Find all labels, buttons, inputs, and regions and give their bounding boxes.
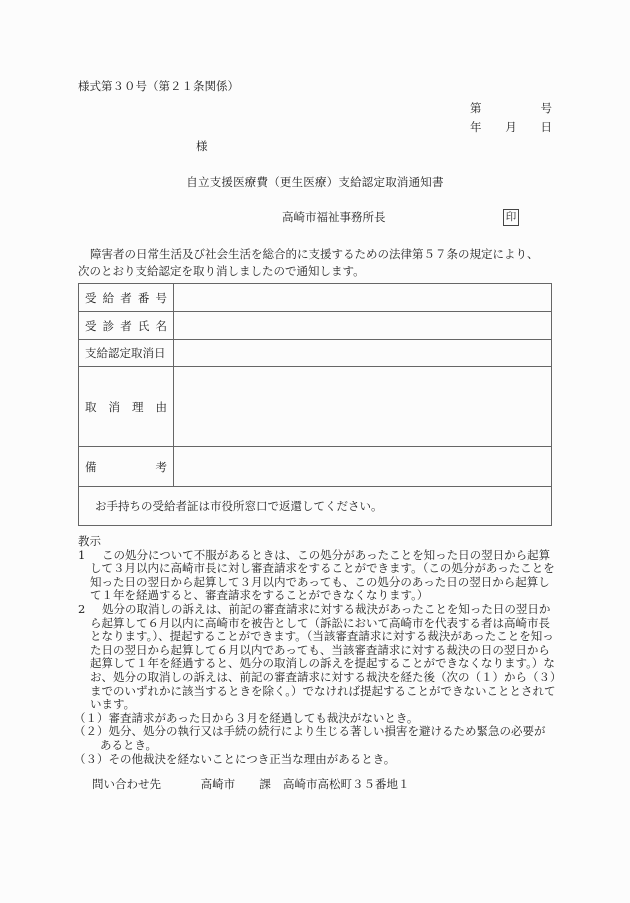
value-patient-name [174,312,552,340]
issuer-name: 高崎市福祉事務所長 [282,209,386,225]
seal-stamp-icon: 印 [503,209,519,226]
date-day: 日 [541,119,553,135]
table-row: 備 考 [79,447,552,487]
table-row: 受 給 者 番 号 [79,284,552,312]
contact-dept-suffix: 課 [259,776,279,792]
contact-address: 高崎市高松町３５番地１ [283,776,410,792]
instruction-item: 2処分の取消しの訴えは、前記の審査請求に対する裁決があったことを知った日の翌日か… [78,603,556,712]
label-cancellation-reason: 取 消 理 由 [79,367,174,447]
label-patient-name: 受 診 者 氏 名 [79,312,174,340]
contact-city: 高崎市 [201,776,256,792]
table-row: 取 消 理 由 [79,367,552,447]
intro-line-1: 障害者の日常生活及び社会生活を総合的に支援するための法律第５７条の規定により、 [78,246,558,263]
instructions-heading: 教示 [78,535,556,549]
value-remarks [174,447,552,487]
value-cancellation-date [174,340,552,367]
document-number: 第 号 [470,100,552,116]
contact-info: 問い合わせ先 高崎市 課 高崎市高松町３５番地１ [92,776,409,792]
instruction-sub-item: （３）その他裁決を経ないことにつき正当な理由があるとき。 [74,753,556,767]
contact-label: 問い合わせ先 [92,776,197,792]
value-cancellation-reason [174,367,552,447]
table-row: 受 診 者 氏 名 [79,312,552,340]
date-year: 年 [470,119,482,135]
instructions-section: 教示 1この処分について不服があるときは、この処分があったことを知った日の翌日か… [78,535,556,766]
instruction-item: 1この処分について不服があるときは、この処分があったことを知った日の翌日から起算… [78,549,556,603]
notice-table: 受 給 者 番 号 受 診 者 氏 名 支給認定取消日 取 [78,283,552,526]
addressee: 様 [196,138,208,154]
value-recipient-number [174,284,552,312]
document-title: 自立支援医療費（更生医療）支給認定取消通知書 [0,174,630,190]
label-recipient-number: 受 給 者 番 号 [79,284,174,312]
label-remarks: 備 考 [79,447,174,487]
label-cancellation-date: 支給認定取消日 [79,340,174,367]
return-card-note: お手持ちの受給者証は市役所窓口で返還してください。 [79,487,552,526]
table-row: 支給認定取消日 [79,340,552,367]
doc-number-suffix: 号 [541,100,553,116]
document-date: 年 月 日 [470,119,552,135]
intro-paragraph: 障害者の日常生活及び社会生活を総合的に支援するための法律第５７条の規定により、 … [78,246,558,280]
date-month: 月 [505,119,517,135]
instruction-sub-item: （１）審査請求があった日から３月を経過しても裁決がないとき。 [74,712,556,726]
doc-number-prefix: 第 [470,100,482,116]
instruction-sub-item: （２）処分、処分の執行又は手続の続行により生じる著しい損害を避けるため緊急の必要… [74,725,556,752]
form-number: 様式第３０号（第２１条関係） [78,78,239,94]
intro-line-2: 次のとおり支給認定を取り消しましたので通知します。 [78,263,558,280]
table-row: お手持ちの受給者証は市役所窓口で返還してください。 [79,487,552,526]
